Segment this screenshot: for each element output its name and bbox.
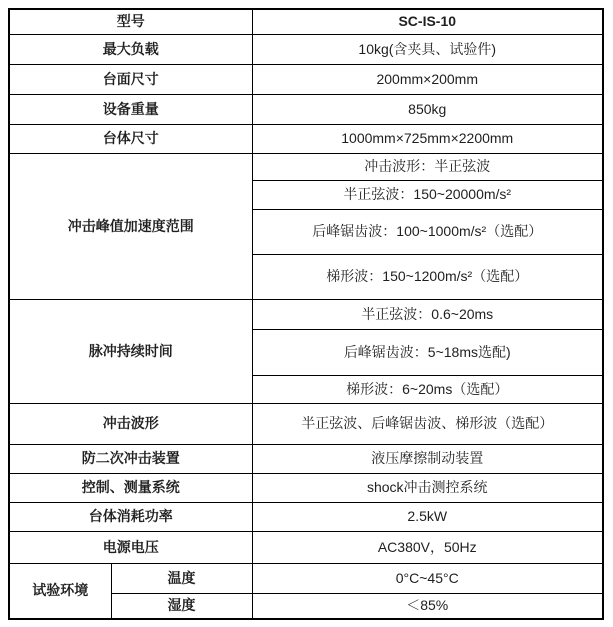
table-row-max-load: 最大负载 10kg(含夹具、试验件)	[9, 34, 603, 64]
spec-value-supply-voltage: AC380V，50Hz	[252, 531, 603, 563]
spec-value-accel-sawtooth: 后峰锯齿波：100~1000m/s²（选配）	[252, 209, 603, 254]
spec-label-accel-range: 冲击峰值加速度范围	[9, 153, 252, 299]
table-row-weight: 设备重量 850kg	[9, 94, 603, 124]
spec-label-max-load: 最大负载	[9, 34, 252, 64]
spec-label-control-system: 控制、测量系统	[9, 473, 252, 502]
spec-value-accel-halfsine: 半正弦波：150~20000m/s²	[252, 180, 603, 209]
spec-value-accel-waveform: 冲击波形：半正弦波	[252, 153, 603, 180]
table-row-pulse-duration: 脉冲持续时间 半正弦波：0.6~20ms	[9, 299, 603, 329]
spec-value-model: SC-IS-10	[252, 9, 603, 34]
spec-label-shock-waveform: 冲击波形	[9, 403, 252, 444]
spec-label-temperature: 温度	[111, 563, 252, 593]
spec-value-max-load: 10kg(含夹具、试验件)	[252, 34, 603, 64]
spec-value-table-size: 200mm×200mm	[252, 64, 603, 94]
spec-label-anti-secondary-shock: 防二次冲击装置	[9, 444, 252, 473]
spec-value-pulse-halfsine: 半正弦波：0.6~20ms	[252, 299, 603, 329]
table-row-shock-waveform: 冲击波形 半正弦波、后峰锯齿波、梯形波（选配）	[9, 403, 603, 444]
spec-value-power-consumption: 2.5kW	[252, 502, 603, 531]
spec-value-control-system: shock冲击测控系统	[252, 473, 603, 502]
spec-value-humidity: ＜85%	[252, 593, 603, 619]
spec-label-humidity: 湿度	[111, 593, 252, 619]
spec-value-shock-waveform: 半正弦波、后峰锯齿波、梯形波（选配）	[252, 403, 603, 444]
spec-label-table-size: 台面尺寸	[9, 64, 252, 94]
table-row-model: 型号 SC-IS-10	[9, 9, 603, 34]
table-row-body-size: 台体尺寸 1000mm×725mm×2200mm	[9, 124, 603, 153]
table-row-anti-secondary-shock: 防二次冲击装置 液压摩擦制动装置	[9, 444, 603, 473]
spec-value-temperature: 0°C~45°C	[252, 563, 603, 593]
table-row-table-size: 台面尺寸 200mm×200mm	[9, 64, 603, 94]
spec-table: 型号 SC-IS-10 最大负载 10kg(含夹具、试验件) 台面尺寸 200m…	[8, 8, 604, 620]
table-row-environment-temperature: 试验环境 温度 0°C~45°C	[9, 563, 603, 593]
spec-label-supply-voltage: 电源电压	[9, 531, 252, 563]
spec-value-accel-trapezoid: 梯形波：150~1200m/s²（选配）	[252, 254, 603, 299]
spec-value-weight: 850kg	[252, 94, 603, 124]
spec-label-model: 型号	[9, 9, 252, 34]
spec-label-pulse-duration: 脉冲持续时间	[9, 299, 252, 403]
spec-value-body-size: 1000mm×725mm×2200mm	[252, 124, 603, 153]
spec-label-weight: 设备重量	[9, 94, 252, 124]
spec-value-anti-secondary-shock: 液压摩擦制动装置	[252, 444, 603, 473]
spec-label-test-environment: 试验环境	[9, 563, 111, 619]
table-row-supply-voltage: 电源电压 AC380V，50Hz	[9, 531, 603, 563]
spec-value-pulse-sawtooth: 后峰锯齿波：5~18ms选配)	[252, 329, 603, 375]
table-row-accel-range: 冲击峰值加速度范围 冲击波形：半正弦波	[9, 153, 603, 180]
table-row-control-system: 控制、测量系统 shock冲击测控系统	[9, 473, 603, 502]
spec-label-power-consumption: 台体消耗功率	[9, 502, 252, 531]
table-row-power-consumption: 台体消耗功率 2.5kW	[9, 502, 603, 531]
spec-value-pulse-trapezoid: 梯形波：6~20ms（选配）	[252, 375, 603, 403]
spec-label-body-size: 台体尺寸	[9, 124, 252, 153]
